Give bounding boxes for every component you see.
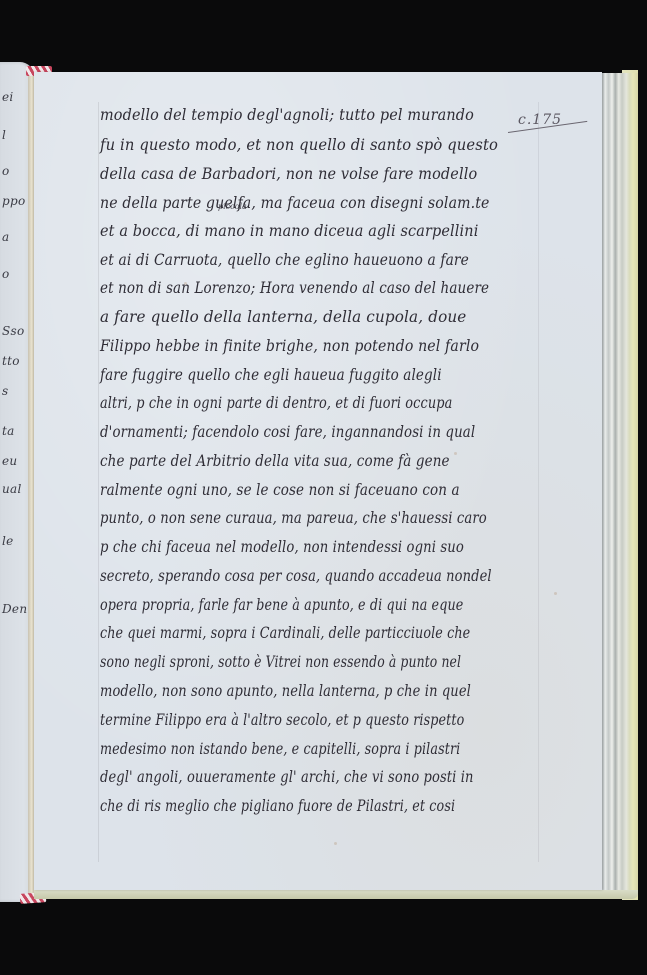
text-line: della casa de Barbadori, non ne volse fa… bbox=[100, 165, 477, 183]
left-page-fragment: eu bbox=[2, 454, 17, 468]
page-bottom-edge bbox=[34, 890, 638, 899]
text-line: medesimo non istando bene, e capitelli, … bbox=[100, 740, 460, 758]
left-page-fragment: a bbox=[2, 230, 9, 244]
text-line: fu in questo modo, et non quello di sant… bbox=[100, 136, 498, 154]
text-line: degl' angoli, ouueramente gl' archi, che… bbox=[100, 768, 474, 786]
text-line: opera propria, farle far bene à apunto, … bbox=[100, 596, 463, 614]
left-page-fragment: ppo bbox=[2, 194, 26, 208]
paper-foxing-spot bbox=[454, 452, 457, 455]
text-line: che quei marmi, sopra i Cardinali, delle… bbox=[100, 624, 470, 642]
left-page-fragment: s bbox=[2, 384, 8, 398]
left-page-fragment: le bbox=[2, 534, 14, 548]
left-page-fragment: tto bbox=[2, 354, 20, 368]
paper-foxing-spot bbox=[334, 842, 337, 845]
text-line: modello, non sono apunto, nella lanterna… bbox=[100, 682, 471, 700]
text-line: et non di san Lorenzo; Hora venendo al c… bbox=[100, 279, 489, 297]
left-page-fragment: o bbox=[2, 267, 10, 281]
manuscript-page: c.175 piccola modello del tempio degl'ag… bbox=[34, 72, 602, 890]
text-line: che di ris meglio che pigliano fuore de … bbox=[100, 797, 455, 815]
text-line: punto, o non sene curaua, ma pareua, che… bbox=[100, 509, 487, 527]
text-line: Filippo hebbe in finite brighe, non pote… bbox=[100, 337, 479, 355]
left-page-fragment: l bbox=[2, 128, 6, 142]
left-page-fragment: Sso bbox=[2, 324, 25, 338]
left-page-fragment: o bbox=[2, 164, 10, 178]
text-line: ne della parte guelfa, ma faceua con dis… bbox=[100, 194, 490, 212]
text-line: et a bocca, di mano in mano diceua agli … bbox=[100, 222, 478, 240]
margin-ruling-right bbox=[538, 102, 539, 862]
left-page-fragment: ei bbox=[2, 90, 14, 104]
text-line: altri, p che in ogni parte di dentro, et… bbox=[100, 394, 452, 412]
text-line: che parte del Arbitrio della vita sua, c… bbox=[100, 452, 450, 470]
margin-ruling-left bbox=[98, 102, 99, 862]
text-line: p che chi faceua nel modello, non intend… bbox=[100, 538, 464, 556]
text-line: ralmente ogni uno, se le cose non si fac… bbox=[100, 481, 460, 499]
text-line: sono negli sproni, sotto è Vitrei non es… bbox=[100, 653, 461, 671]
text-line: fare fuggire quello che egli haueua fugg… bbox=[100, 366, 442, 384]
text-line: d'ornamenti; facendolo cosi fare, ingann… bbox=[100, 423, 475, 441]
scan-background: ei l o ppo a o Sso tto s ta eu ual le De… bbox=[0, 0, 647, 975]
left-page-fragment: ual bbox=[2, 482, 22, 496]
left-page-fragment: ta bbox=[2, 424, 15, 438]
paper-foxing-spot bbox=[554, 592, 557, 595]
text-line: et ai di Carruota, quello che eglino hau… bbox=[100, 251, 469, 269]
text-line: a fare quello della lanterna, della cupo… bbox=[100, 308, 466, 326]
text-line: secreto, sperando cosa per cosa, quando … bbox=[100, 567, 492, 585]
text-line: modello del tempio degl'agnoli; tutto pe… bbox=[100, 106, 474, 124]
text-line: termine Filippo era à l'altro secolo, et… bbox=[100, 711, 464, 729]
page-edges-stack bbox=[596, 73, 638, 897]
